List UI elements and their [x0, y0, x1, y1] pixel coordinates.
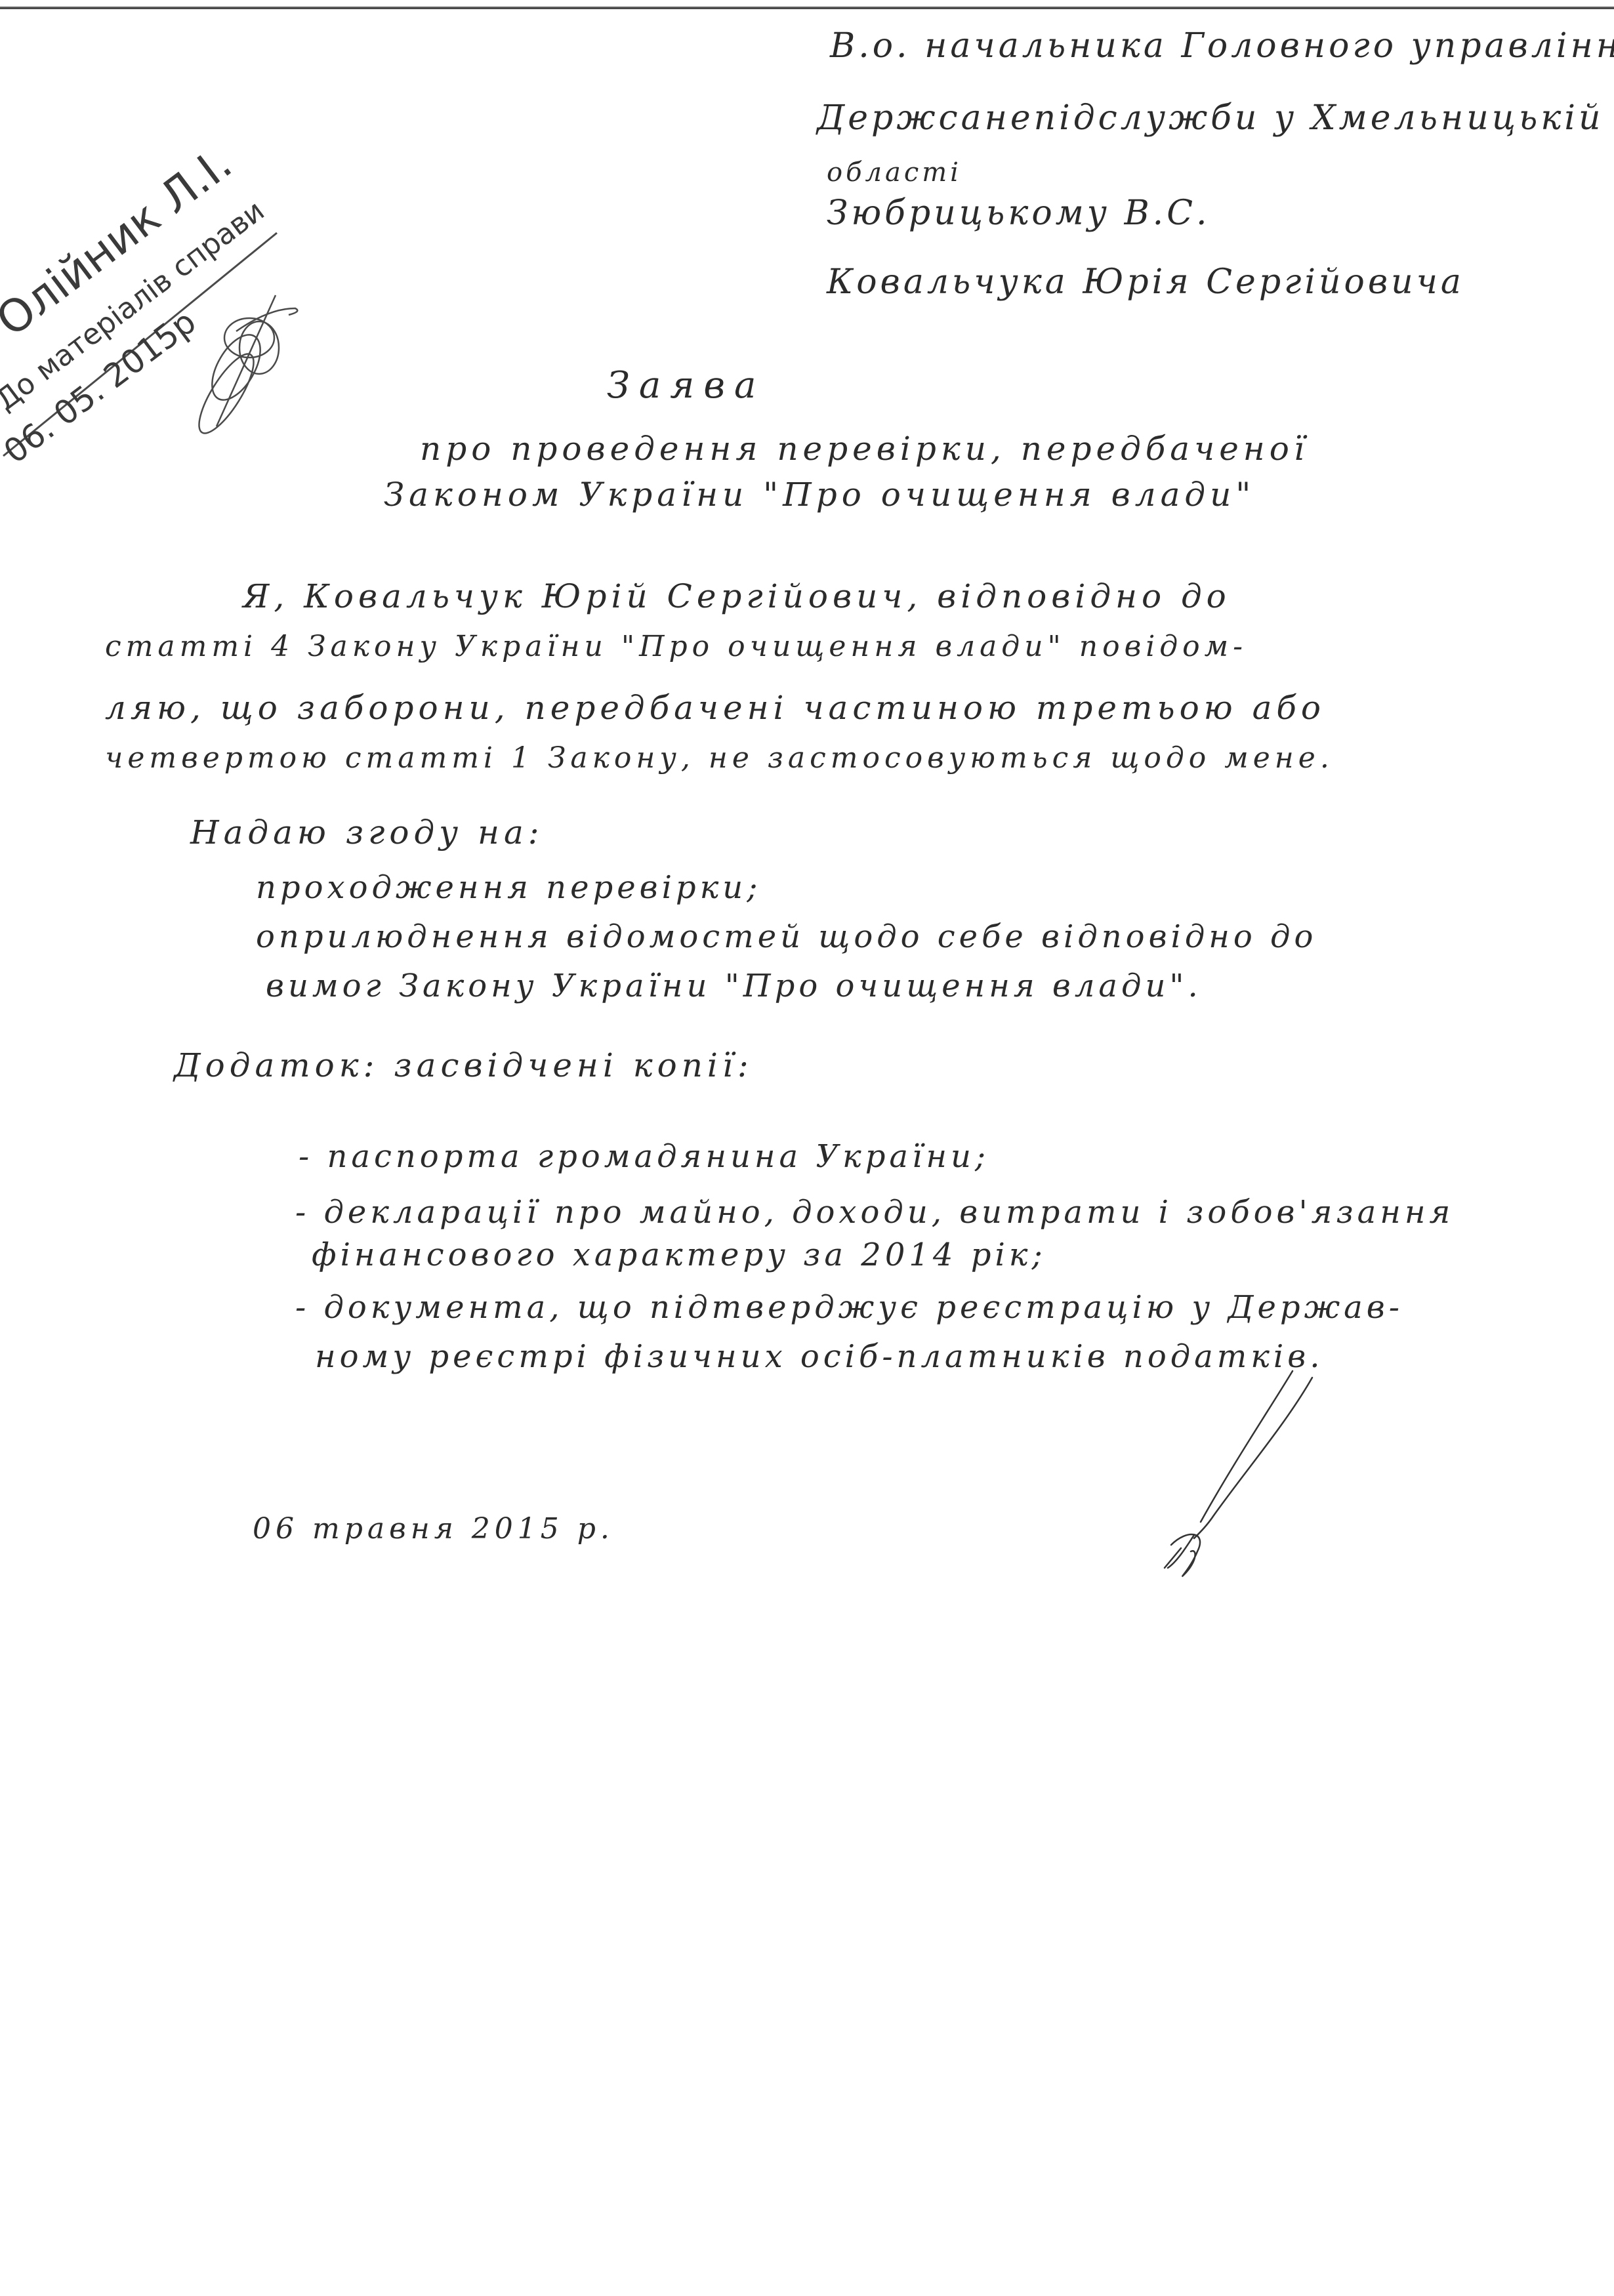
attachment-heading: Додаток: засвідчені копії:: [174, 1046, 753, 1084]
paragraph-line-3: ляю, що заборони, передбачені частиною т…: [105, 689, 1325, 727]
addressee-line-1: В.о. начальника Головного управління: [830, 26, 1614, 66]
subtitle-line-1: про проведення перевірки, передбаченої: [420, 430, 1309, 468]
addressee-line-5: Ковальчука Юрія Сергійовича: [827, 262, 1464, 302]
consent-item-3: вимог Закону України "Про очищення влади…: [266, 968, 1202, 1004]
addressee-line-3: області: [827, 157, 962, 188]
attachment-item-4: - документа, що підтверджує реєстрацію у…: [295, 1289, 1403, 1326]
addressee-line-4: Зюбрицькому В.С.: [827, 194, 1210, 233]
consent-heading: Надаю згоду на:: [190, 813, 544, 851]
signature-icon: [1115, 1364, 1352, 1601]
paragraph-line-4: четвертою статті 1 Закону, не застосовую…: [105, 741, 1334, 775]
top-border-line: [0, 7, 1614, 9]
paragraph-line-2: статті 4 Закону України "Про очищення вл…: [105, 630, 1247, 663]
paragraph-line-1: Я, Ковальчук Юрій Сергійович, відповідно…: [243, 577, 1231, 615]
attachment-item-2: - декларації про майно, доходи, витрати …: [295, 1194, 1454, 1231]
addressee-line-2: Держсанепідслужби у Хмельницькій: [817, 98, 1604, 138]
consent-item-2: оприлюднення відомостей щодо себе відпов…: [256, 918, 1317, 955]
attachment-item-3: фінансового характеру за 2014 рік;: [312, 1237, 1046, 1273]
footer-date: 06 травня 2015 р.: [253, 1512, 614, 1546]
subtitle-line-2: Законом України "Про очищення влади": [384, 476, 1255, 514]
resolution-stamp: Олійник Л.І. До матеріалів справи 06. 05…: [0, 216, 459, 610]
attachment-item-1: - паспорта громадянина України;: [299, 1138, 989, 1175]
consent-item-1: проходження перевірки;: [256, 869, 761, 906]
document-title: Заява: [607, 364, 765, 407]
